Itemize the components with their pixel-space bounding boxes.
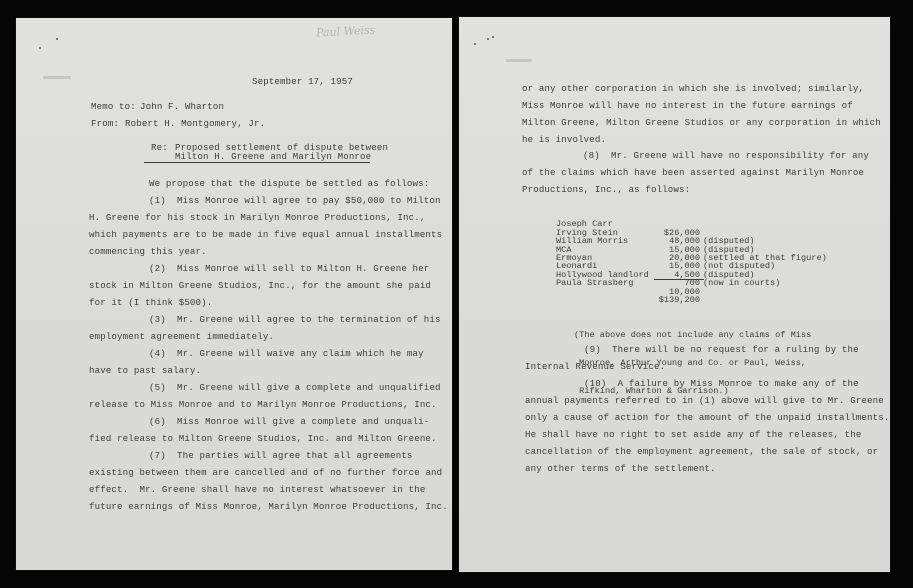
exclusion-note-line: (The above does not include any claims o… — [574, 331, 811, 340]
body-line: future earnings of Miss Monroe, Marilyn … — [89, 501, 448, 512]
handwritten-note: Paul Weiss — [316, 23, 376, 39]
paper-speck — [492, 36, 494, 38]
memo-page-1: Paul Weiss September 17, 1957 Memo to: J… — [16, 18, 452, 570]
claim-row: Ermoyan 15,000 (disputed) — [556, 246, 876, 254]
memo-from-label: From: — [91, 118, 119, 129]
body-line: which payments are to be made in five eq… — [89, 229, 442, 240]
body-line: (9) There will be no request for a rulin… — [584, 344, 859, 355]
claims-total: $139,200 — [659, 296, 700, 304]
memo-to-recipient: John F. Wharton — [140, 101, 224, 112]
body-line: only a cause of action for the amount of… — [525, 412, 889, 423]
paper-smudge — [43, 76, 71, 79]
paper-speck — [39, 47, 41, 49]
body-line: he is involved. — [522, 134, 606, 145]
body-line: existing between them are cancelled and … — [89, 467, 442, 478]
claim-row: Hollywood landlord 700 — [556, 262, 876, 270]
claim-row: MCA 20,000 (not disputed) — [556, 237, 876, 245]
memo-page-2: or any other corporation in which she is… — [459, 17, 890, 572]
body-line: for it (I think $500). — [89, 297, 212, 308]
claim-row: Paula Strasberg 10,000 — [556, 271, 876, 279]
body-line: (1) Miss Monroe will agree to pay $50,00… — [149, 195, 441, 206]
body-line: or any other corporation in which she is… — [522, 83, 864, 94]
body-line: release to Miss Monroe and to Marilyn Mo… — [89, 399, 437, 410]
body-line: fied release to Milton Greene Studios, I… — [89, 433, 437, 444]
body-line: (7) The parties will agree that all agre… — [149, 450, 413, 461]
body-line: of the claims which have been asserted a… — [522, 167, 864, 178]
paper-smudge — [506, 59, 532, 62]
claim-row: Leonardi 4,500 (now in courts) — [556, 254, 876, 262]
memo-to-label: Memo to: — [91, 101, 136, 112]
claims-table: Joseph Carr $26,000 (disputed) Irving St… — [556, 212, 876, 288]
body-line: (6) Miss Monroe will give a complete and… — [149, 416, 429, 427]
body-line: We propose that the dispute be settled a… — [149, 178, 429, 189]
body-line: commencing this year. — [89, 246, 207, 257]
body-line: Internal Revenue Service. — [525, 361, 665, 372]
subject-underline — [144, 162, 370, 163]
paper-speck — [474, 43, 476, 45]
total-rule — [654, 279, 704, 280]
paper-speck — [56, 38, 58, 40]
claim-row: William Morris 15,000 (settled at that f… — [556, 229, 876, 237]
claim-row: Irving Stein 48,000 (disputed) — [556, 220, 876, 228]
body-line: Miss Monroe will have no interest in the… — [522, 100, 853, 111]
body-line: (4) Mr. Greene will waive any claim whic… — [149, 348, 424, 359]
memo-subject-line-2: Milton H. Greene and Marilyn Monroe — [175, 151, 371, 162]
body-line: (10) A failure by Miss Monroe to make an… — [584, 378, 859, 389]
body-line: employment agreement immediately. — [89, 331, 274, 342]
memo-from-sender: Robert H. Montgomery, Jr. — [125, 118, 265, 129]
body-line: effect. Mr. Greene shall have no interes… — [89, 484, 425, 495]
body-line: (3) Mr. Greene will agree to the termina… — [149, 314, 441, 325]
body-line: stock in Milton Greene Studios, Inc., fo… — [89, 280, 431, 291]
body-line: (8) Mr. Greene will have no responsibili… — [583, 150, 869, 161]
memo-date: September 17, 1957 — [252, 76, 353, 87]
body-line: (5) Mr. Greene will give a complete and … — [149, 382, 441, 393]
paper-speck — [487, 38, 489, 40]
claim-total-row: $139,200 — [556, 279, 876, 287]
body-line: cancellation of the employment agreement… — [525, 446, 878, 457]
body-line: Milton Greene, Milton Greene Studios or … — [522, 117, 881, 128]
body-line: have to past salary. — [89, 365, 201, 376]
claim-row: Joseph Carr $26,000 (disputed) — [556, 212, 876, 220]
body-line: He shall have no right to set aside any … — [525, 429, 861, 440]
body-line: Productions, Inc., as follows: — [522, 184, 690, 195]
body-line: annual payments referred to in (1) above… — [525, 395, 884, 406]
body-line: H. Greene for his stock in Marilyn Monro… — [89, 212, 425, 223]
memo-re-label: Re: — [151, 142, 168, 153]
body-line: any other terms of the settlement. — [525, 463, 716, 474]
body-line: (2) Miss Monroe will sell to Milton H. G… — [149, 263, 429, 274]
